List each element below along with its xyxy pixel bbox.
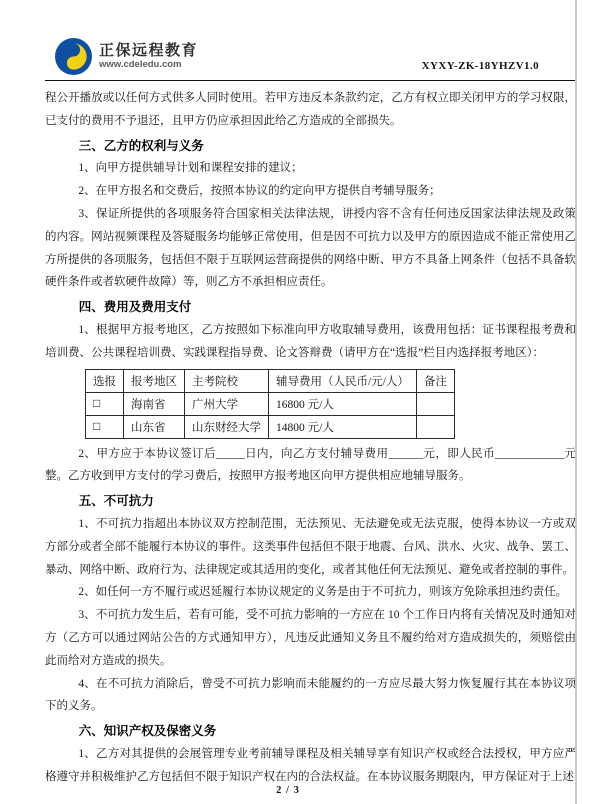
- region-checkbox-shandong[interactable]: □: [93, 420, 100, 432]
- clause: 1、向甲方提供辅导计划和课程安排的建议；: [45, 157, 576, 180]
- note-cell: [416, 415, 454, 438]
- col-header-select: 选报: [86, 369, 124, 392]
- brand-website: www.cdeledu.com: [99, 59, 198, 71]
- paragraph-continuation: 程公开播放或以任何方式供多人同时使用。若甲方违反本条款约定，乙方有权立即关闭甲方…: [45, 87, 576, 133]
- logo: 正保远程教育 www.cdeledu.com: [55, 38, 198, 75]
- section-heading-4: 四、费用及费用支付: [45, 296, 576, 319]
- clause: 2、如任何一方不履行或迟延履行本协议规定的义务是由于不可抗力，则该方免除承担违约…: [45, 581, 576, 604]
- section-heading-3: 三、乙方的权利与义务: [45, 135, 576, 158]
- region-cell: 海南省: [124, 392, 185, 415]
- fee-table: 选报 报考地区 主考院校 辅导费用（人民币/元/人） 备注 □ 海南省 广州大学…: [85, 369, 455, 439]
- document-body: 程公开播放或以任何方式供多人同时使用。若甲方违反本条款约定，乙方有权立即关闭甲方…: [45, 87, 576, 789]
- brand-name: 正保远程教育: [99, 43, 198, 59]
- clause: 4、在不可抗力消除后，曾受不可抗力影响而未能履约的一方应尽最大努力恢复履行其在本…: [45, 673, 576, 719]
- table-row: □ 海南省 广州大学 16800 元/人: [86, 392, 455, 415]
- section-heading-6: 六、知识产权及保密义务: [45, 720, 576, 743]
- table-row: □ 山东省 山东财经大学 14800 元/人: [86, 415, 455, 438]
- college-cell: 广州大学: [185, 392, 269, 415]
- clause: 3、保证所提供的各项服务符合国家相关法律法规，讲授内容不含有任何违反国家法律法规…: [45, 203, 576, 294]
- page-edge-line: [575, 0, 577, 804]
- clause: 2、在甲方报名和交费后，按照本协议的约定向甲方提供自考辅导服务；: [45, 180, 576, 203]
- logo-text: 正保远程教育 www.cdeledu.com: [99, 43, 198, 71]
- fee-table-header-row: 选报 报考地区 主考院校 辅导费用（人民币/元/人） 备注: [86, 369, 455, 392]
- fee-cell: 16800 元/人: [269, 392, 417, 415]
- swirl-logo-icon: [55, 38, 92, 75]
- clause: 2、甲方应于本协议签订后_____日内，向乙方支付辅导费用______元，即人民…: [45, 443, 576, 489]
- region-checkbox-hainan[interactable]: □: [93, 397, 100, 409]
- page-footer: 2 / 3: [0, 785, 576, 796]
- document-page: 正保远程教育 www.cdeledu.com XYXY-ZK-18YHZV1.0…: [0, 0, 597, 804]
- document-code: XYXY-ZK-18YHZV1.0: [422, 60, 539, 72]
- page-number: 2 / 3: [276, 785, 300, 796]
- col-header-region: 报考地区: [124, 369, 185, 392]
- clause: 1、根据甲方报考地区，乙方按照如下标准向甲方收取辅导费用，该费用包括：证书课程报…: [45, 319, 576, 365]
- clause: 3、不可抗力发生后，若有可能，受不可抗力影响的一方应在 10 个工作日内将有关情…: [45, 604, 576, 672]
- header-divider: [45, 80, 576, 81]
- note-cell: [416, 392, 454, 415]
- clause: 1、不可抗力指超出本协议双方控制范围，无法预见、无法避免或无法克服，使得本协议一…: [45, 513, 576, 581]
- col-header-note: 备注: [416, 369, 454, 392]
- region-cell: 山东省: [124, 415, 185, 438]
- page-header: 正保远程教育 www.cdeledu.com XYXY-ZK-18YHZV1.0: [0, 0, 597, 80]
- col-header-fee: 辅导费用（人民币/元/人）: [269, 369, 417, 392]
- clause: 1、乙方对其提供的会展管理专业考前辅导课程及相关辅导享有知识产权或经合法授权，甲…: [45, 743, 576, 789]
- college-cell: 山东财经大学: [185, 415, 269, 438]
- section-heading-5: 五、不可抗力: [45, 490, 576, 513]
- fee-cell: 14800 元/人: [269, 415, 417, 438]
- col-header-college: 主考院校: [185, 369, 269, 392]
